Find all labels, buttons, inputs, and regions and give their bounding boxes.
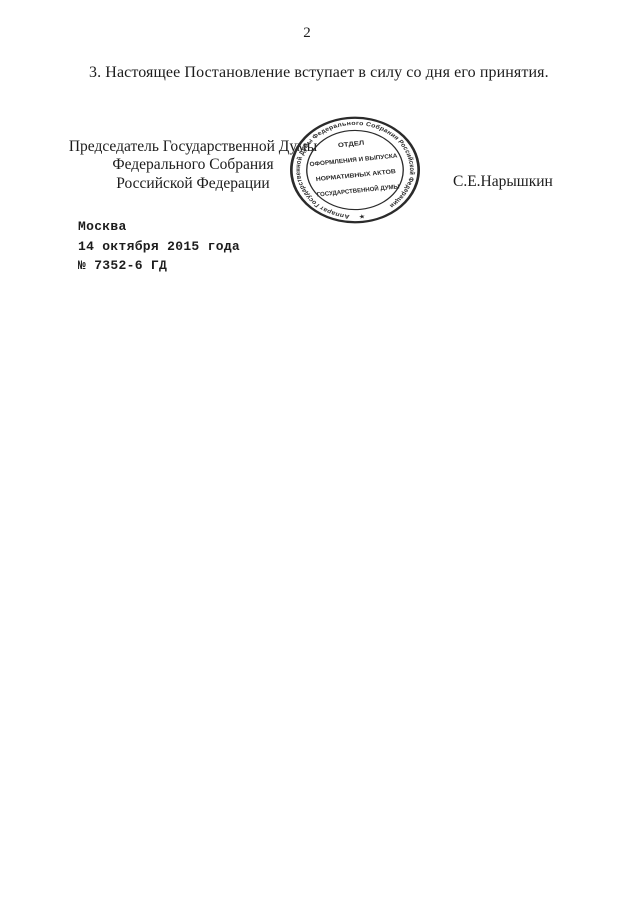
signer-title-block: Председатель Государственной Думы Федера… bbox=[64, 138, 322, 193]
issue-city: Москва bbox=[78, 217, 240, 237]
signer-title-line: Председатель Государственной Думы bbox=[64, 138, 322, 156]
stamp-center-line: НОРМАТИВНЫХ АКТОВ bbox=[315, 169, 396, 183]
signer-title-line: Федерального Собрания bbox=[64, 156, 322, 174]
stamp-ring-text: Аппарат Государственной Думы Федеральног… bbox=[288, 115, 422, 224]
document-page: 2 3. Настоящее Постановление вступает в … bbox=[0, 0, 640, 905]
stamp-seal-graphic: Аппарат Государственной Думы Федеральног… bbox=[288, 115, 422, 225]
stamp-outer-ring bbox=[288, 115, 422, 225]
stamp-center-line: ОТДЕЛ bbox=[338, 140, 365, 149]
resolution-paragraph: 3. Настоящее Постановление вступает в си… bbox=[89, 64, 549, 82]
stamp-center-line: ОФОРМЛЕНИЯ И ВЫПУСКА bbox=[309, 153, 398, 168]
duma-stamp: Аппарат Государственной Думы Федеральног… bbox=[288, 115, 422, 225]
stamp-star-icon: ★ bbox=[358, 213, 366, 221]
issue-date: 14 октября 2015 года bbox=[78, 237, 240, 257]
signer-name: С.Е.Нарышкин bbox=[453, 173, 553, 191]
issue-block: Москва 14 октября 2015 года № 7352-6 ГД bbox=[78, 217, 240, 276]
page-number: 2 bbox=[0, 25, 614, 42]
stamp-center-line: ГОСУДАРСТВЕННОЙ ДУМЫ bbox=[316, 182, 400, 198]
issue-doc-number: № 7352-6 ГД bbox=[78, 256, 240, 276]
signer-title-line: Российской Федерации bbox=[64, 175, 322, 193]
